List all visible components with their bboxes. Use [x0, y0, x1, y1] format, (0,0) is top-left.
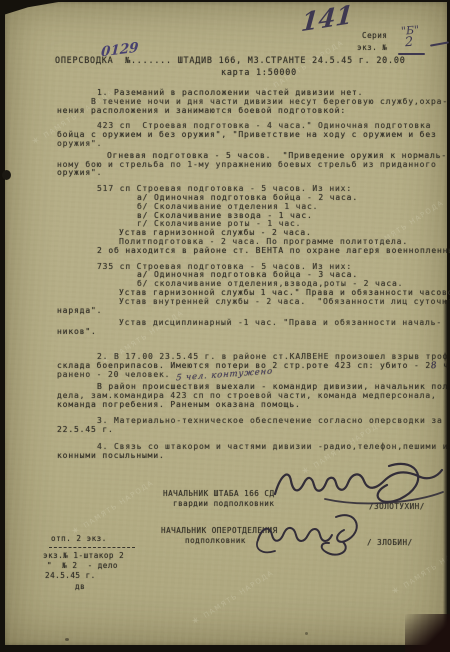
zolotukhin-signature-ink: [267, 454, 447, 512]
document-line: 2. В 17.00 23.5.45 г. в районе ст.КАЛВЕН…: [97, 353, 450, 362]
speckle: [305, 632, 308, 635]
star-icon: ✶: [190, 613, 204, 628]
document-line: 22.5.45 г.: [57, 426, 450, 435]
ink-blot: [2, 170, 11, 180]
document-line: 3. Материально-техническое обеспечение с…: [97, 417, 450, 426]
document-line: ранено - 20 человек.5 чел. контужено: [57, 371, 450, 380]
chief-of-staff-rank: гвардии подполковник: [173, 499, 274, 508]
scan-edge-shadow: [443, 300, 450, 652]
document-line: дела, зам.командира 423 сп по строевой ч…: [57, 392, 450, 401]
document-line: команда погребения. Раненым оказана помо…: [57, 401, 450, 410]
document-line: ников".: [57, 328, 450, 337]
document-line: б/ Сколачивание отделения 1 час.: [137, 203, 450, 212]
copy1-destination: экз.№ 1-штакор 2: [43, 551, 124, 560]
document-line: оружия".: [57, 169, 450, 178]
copy2-destination: " № 2 - дело: [47, 561, 118, 570]
oper-dept-chief-name: / ЗЛОБИН/: [367, 538, 413, 547]
copies-note-underline: [49, 547, 135, 548]
document-line: б/ сколачивание отделения,взвода,роты - …: [137, 280, 450, 289]
handwritten-page-number: 141: [300, 0, 354, 37]
document-line: В течение ночи и дня части дивизии несут…: [91, 98, 450, 107]
document-line: г/ Сколачивание роты - 1 час.: [137, 220, 450, 229]
handwritten-annotation: 8: [431, 361, 438, 370]
oper-dept-chief-rank: подполковник: [185, 536, 246, 545]
star-icon: ✶: [30, 133, 44, 148]
title-post: ШТАДИВ 166, МЗ.СТРАНТЕ 24.5.45 г. 20.00: [172, 55, 406, 65]
document-line: Устав дисциплинарный -1 час. "Права и об…: [119, 319, 450, 328]
seriya-label: Серия: [362, 31, 387, 40]
scanned-document-page: { "colors": { "paper": "#b2ab83", "typed…: [0, 0, 450, 652]
document-line: Устав внутренней службы - 2 часа. "Обяза…: [119, 298, 450, 307]
scan-corner-shadow: [405, 614, 450, 652]
star-icon: ✶: [390, 583, 404, 598]
handwritten-dash-mark: [430, 41, 449, 46]
distribution-date: 24.5.45 г.: [45, 571, 96, 580]
document-line: оружия".: [57, 140, 450, 149]
document-line: Политподготовка - 2 часа. По программе п…: [119, 238, 450, 247]
title-dotted-line: .......: [131, 55, 172, 65]
document-line: 423 сп Строевая подготовка - 4 часа." Од…: [97, 122, 450, 131]
zlobin-signature-ink: [251, 508, 371, 558]
document-line: 4. Связь со штакором и частями дивизии -…: [97, 443, 450, 452]
archive-watermark: ✶ ПАМЯТЬ НАРОДА: [190, 567, 276, 628]
body-lines: 1. Раземаний в расположении частей дивиз…: [57, 89, 450, 461]
copies-note: отп. 2 экз.: [51, 534, 107, 543]
archive-watermark: ✶ ПАМЯТЬ НАРОДА: [70, 477, 156, 538]
ekz-handwritten-value: 2: [404, 35, 413, 51]
document-line: 735 сп Строевая подготовка - 5 часов. Из…: [97, 263, 450, 272]
paper-sheet: ✶ ПАМЯТЬ НАРОДА ✶ ПАМЯТЬ НАРОДА ✶ ПАМЯТЬ…: [5, 2, 447, 645]
document-line: ному бою и стрельба по 1-му упражнению б…: [57, 161, 450, 170]
speckle: [65, 638, 69, 641]
map-scale-line: карта 1:50000: [221, 67, 297, 77]
typed-text: ранено - 20 человек.: [57, 370, 170, 379]
document-line: бойца с оружием и без оружия", "Приветст…: [57, 131, 450, 140]
chief-of-staff-title: НАЧАЛЬНИК ШТАБА 166 СД: [163, 489, 275, 498]
document-line: 517 сп Строевая подготовка - 5 часов. Из…: [97, 185, 450, 194]
typist-initials: дв: [75, 582, 85, 591]
document-line: нения расположения и занимаются боевой п…: [57, 107, 450, 116]
document-line: 2 об находится в районе ст. ВЕНТА по охр…: [97, 247, 450, 256]
ekz-label: экз. №: [357, 43, 387, 52]
document-line: наряда".: [57, 307, 450, 316]
